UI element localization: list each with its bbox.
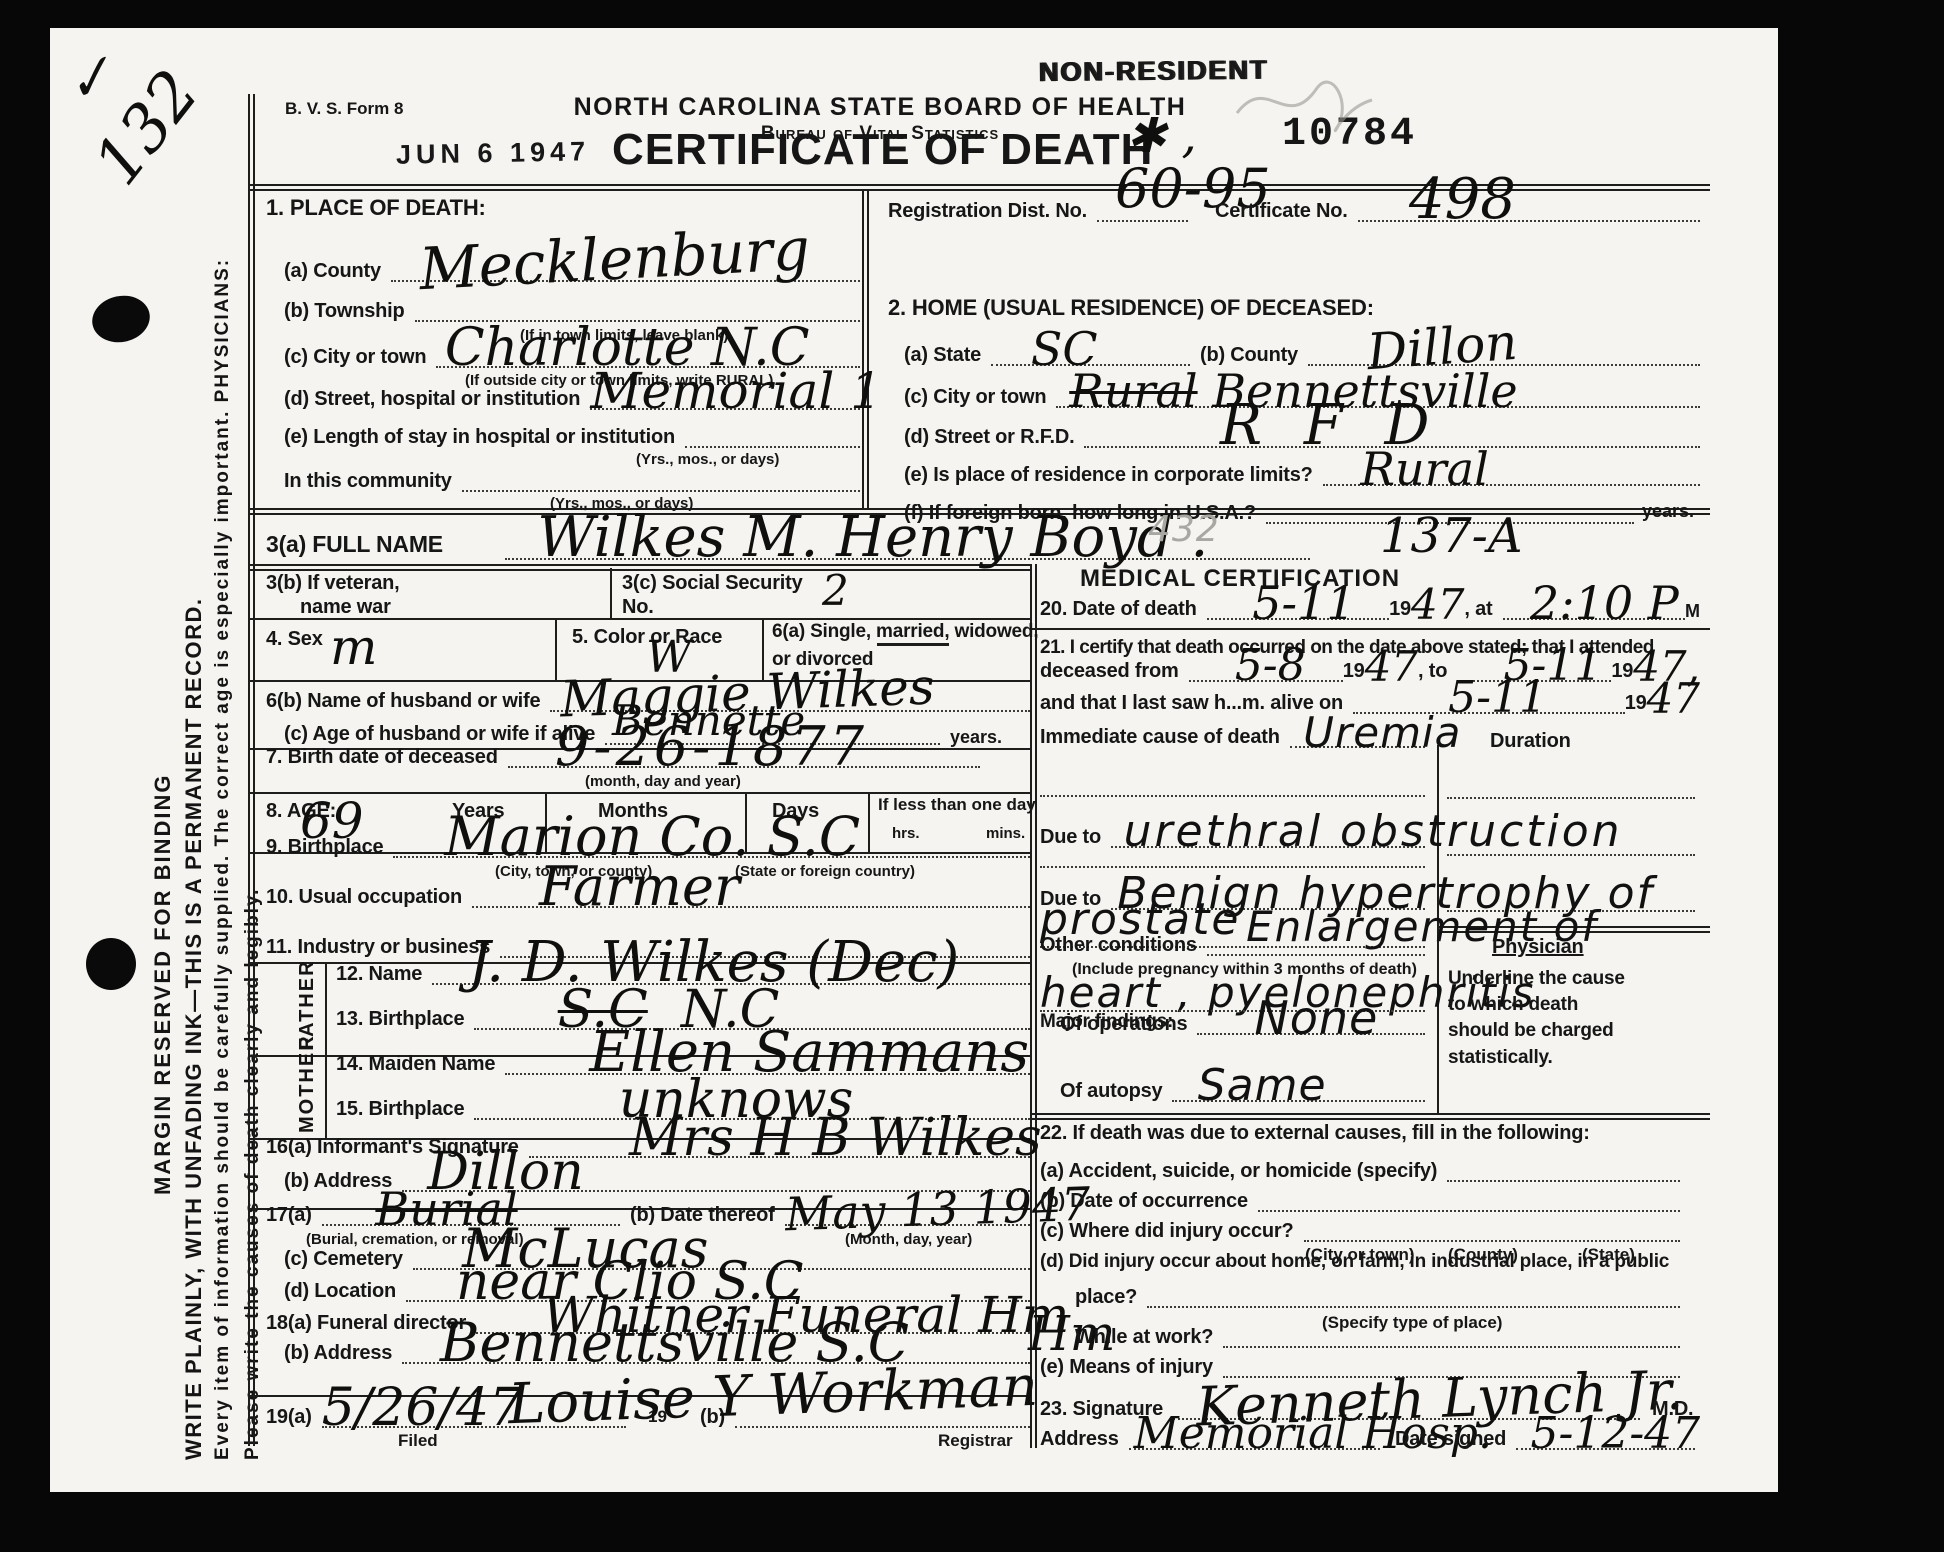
immediate-cause-line: Uremia bbox=[1290, 742, 1425, 748]
scanned-death-certificate: { "stamps": { "non_resident": "NON-RESID… bbox=[0, 0, 1944, 1552]
filing-caption: Filed bbox=[398, 1432, 438, 1449]
full-name-value: Wilkes M. Henry Boyd . bbox=[537, 510, 1208, 566]
death-date-value: 5-11 bbox=[1252, 580, 1355, 626]
certificate-no-line: 498 bbox=[1358, 216, 1700, 222]
ssn-label2: No. bbox=[622, 596, 654, 618]
birth-date-value: 9-26-1877 bbox=[555, 720, 868, 774]
to-year-prefix: 19 bbox=[1611, 660, 1633, 682]
form-number: B. V. S. Form 8 bbox=[285, 100, 403, 119]
father-birthplace-label: 13. Birthplace bbox=[336, 1008, 464, 1030]
saw-year-value: 47 bbox=[1647, 678, 1700, 720]
saw-year-prefix: 19 bbox=[1625, 692, 1647, 714]
external-d-label: (d) Did injury occur about home, on farm… bbox=[1040, 1252, 1669, 1273]
external-d-label2: place? bbox=[1075, 1286, 1137, 1308]
registrar-caption: Registrar bbox=[938, 1432, 1013, 1449]
autopsy-label: Of autopsy bbox=[1060, 1080, 1162, 1102]
external-e-label: (e) Means of injury bbox=[1040, 1356, 1213, 1378]
hole-punch-bottom bbox=[86, 938, 136, 990]
community-line bbox=[462, 486, 860, 492]
last-saw-label: and that I last saw h...m. alive on bbox=[1040, 692, 1343, 714]
external-heading: 22. If death was due to external causes,… bbox=[1040, 1122, 1590, 1144]
attended-from-value: 5-8 bbox=[1235, 644, 1306, 688]
home-corporate-line: Rural bbox=[1323, 480, 1700, 486]
home-foreign-suffix: years. bbox=[1642, 502, 1694, 520]
occupation-line: Farmer bbox=[472, 902, 1030, 908]
date-signed-line: 5-12-47 bbox=[1516, 1444, 1695, 1450]
marital-label1: 6(a) Single, married, widowed, bbox=[772, 622, 1038, 643]
other-conditions-line: Enlargement of bbox=[1207, 950, 1425, 956]
death-at-label: , at bbox=[1464, 598, 1492, 620]
certifier-address-label: Address bbox=[1040, 1428, 1119, 1450]
margin-note-information: Every item of information should be care… bbox=[212, 258, 234, 1460]
external-c-line bbox=[1304, 1236, 1680, 1242]
ssn-label: 3(c) Social Security bbox=[622, 572, 803, 594]
divider-top-columns bbox=[862, 190, 869, 510]
due-to1-line: urethral obstruction bbox=[1111, 842, 1425, 848]
mother-name-label: 14. Maiden Name bbox=[336, 1053, 495, 1075]
stay-label: (e) Length of stay in hospital or instit… bbox=[284, 426, 675, 448]
full-name-label: 3(a) FULL NAME bbox=[266, 532, 443, 557]
informant-signature-value: Mrs H B Wilkes bbox=[629, 1112, 1042, 1164]
death-time-line: 2:10 P bbox=[1503, 614, 1685, 620]
married-underline bbox=[877, 643, 949, 646]
veteran-label2: name war bbox=[300, 596, 391, 618]
ssn-scribble: 2 bbox=[822, 570, 849, 612]
operations-label: Of operations bbox=[1060, 1013, 1187, 1035]
birthplace-caption2: (State or foreign country) bbox=[735, 864, 915, 879]
external-c-label: (c) Where did injury occur? bbox=[1040, 1220, 1294, 1242]
home-state-label: (a) State bbox=[904, 344, 981, 366]
home-city-label: (c) City or town bbox=[904, 386, 1046, 408]
street-value: Memorial 1 bbox=[590, 366, 882, 416]
file-number-value: 137-A bbox=[1380, 512, 1523, 560]
cemetery-location-label: (d) Location bbox=[284, 1280, 396, 1302]
margin-note-binding: MARGIN RESERVED FOR BINDING bbox=[150, 773, 176, 1195]
board-title: NORTH CAROLINA STATE BOARD OF HEALTH bbox=[560, 94, 1200, 122]
home-county-label: (b) County bbox=[1200, 344, 1298, 366]
township-label: (b) Township bbox=[284, 300, 405, 322]
death-year-prefix: 19 bbox=[1389, 598, 1411, 620]
attended-from-label: deceased from bbox=[1040, 660, 1179, 682]
city-label: (c) City or town bbox=[284, 346, 426, 368]
county-label: (a) County bbox=[284, 260, 381, 282]
rule-above-external bbox=[1032, 1113, 1710, 1120]
physician-title: Physician bbox=[1492, 936, 1584, 958]
pencil-number: 432 bbox=[1148, 512, 1220, 548]
home-city-struck: Rural bbox=[1069, 364, 1197, 418]
home-heading: 2. HOME (USUAL RESIDENCE) OF DECEASED: bbox=[888, 296, 1374, 320]
sex-value: m bbox=[330, 622, 377, 672]
certificate-title: CERTIFICATE OF DEATH bbox=[612, 126, 1153, 174]
veteran-label: 3(b) If veteran, bbox=[266, 572, 400, 594]
funeral-address-label: (b) Address bbox=[284, 1342, 392, 1364]
informant-signature-line: Mrs H B Wilkes bbox=[529, 1152, 1030, 1158]
immediate-cause-value: Uremia bbox=[1303, 712, 1461, 754]
immediate-cause-label: Immediate cause of death bbox=[1040, 726, 1280, 748]
last-saw-value: 5-11 bbox=[1448, 676, 1547, 720]
father-name-label: 12. Name bbox=[336, 963, 422, 985]
birth-date-line: 9-26-1877 bbox=[508, 762, 980, 768]
cemetery-label: (c) Cemetery bbox=[284, 1248, 403, 1270]
occupation-value: Farmer bbox=[539, 860, 740, 914]
duration-label: Duration bbox=[1490, 730, 1571, 752]
occupation-label: 10. Usual occupation bbox=[266, 886, 462, 908]
mother-birthplace-label: 15. Birthplace bbox=[336, 1098, 464, 1120]
street-label: (d) Street, hospital or institution bbox=[284, 388, 580, 410]
full-name-line: Wilkes M. Henry Boyd . bbox=[505, 554, 1310, 560]
home-corporate-value: Rural bbox=[1360, 446, 1488, 492]
form-left-border bbox=[248, 94, 255, 1446]
attended-to-label: , to bbox=[1418, 660, 1447, 682]
street-line: Memorial 1 bbox=[590, 404, 860, 410]
filing-date-value: 5/26/47 bbox=[322, 1382, 522, 1434]
date-signed-label: Date signed bbox=[1395, 1428, 1506, 1450]
autopsy-line: Same bbox=[1172, 1096, 1425, 1102]
disposal-label: 17(a) bbox=[266, 1204, 312, 1226]
external-work-label: While at work? bbox=[1075, 1326, 1213, 1348]
age-less-label: If less than one day bbox=[878, 796, 1036, 815]
death-year-value: 47 bbox=[1411, 584, 1464, 626]
attended-from-line: 5-8 bbox=[1189, 676, 1343, 682]
mother-section-label: MOTHER bbox=[296, 1034, 319, 1133]
place-of-death-heading: 1. PLACE OF DEATH: bbox=[266, 196, 486, 220]
stay-line bbox=[685, 442, 860, 448]
received-date-stamp: JUN 6 1947 bbox=[396, 136, 591, 170]
from-year-value: 47 bbox=[1365, 646, 1418, 688]
autopsy-value: Same bbox=[1198, 1064, 1327, 1108]
death-m-label: M bbox=[1685, 602, 1700, 620]
disposal-date-line: May 13 1947 bbox=[785, 1220, 1030, 1226]
date-signed-value: 5-12-47 bbox=[1530, 1412, 1700, 1456]
medical-heading: MEDICAL CERTIFICATION bbox=[1040, 566, 1440, 592]
birthplace-label: 9. Birthplace bbox=[266, 836, 383, 858]
operations-value: None bbox=[1254, 995, 1378, 1041]
star-mark: ✱ , bbox=[1126, 112, 1197, 160]
other-conditions-label: Other conditions bbox=[1040, 934, 1197, 956]
external-a-label: (a) Accident, suicide, or homicide (spec… bbox=[1040, 1160, 1437, 1182]
county-line: Mecklenburg bbox=[391, 276, 860, 282]
physician-note: Underline the cause to which death shoul… bbox=[1448, 966, 1628, 1071]
spouse-label: 6(b) Name of husband or wife bbox=[266, 690, 540, 712]
death-time-value: 2:10 P bbox=[1530, 580, 1679, 626]
home-corporate-label: (e) Is place of residence in corporate l… bbox=[904, 464, 1313, 486]
funeral-director-label: 18(a) Funeral director bbox=[266, 1312, 466, 1334]
due-to1-label: Due to bbox=[1040, 826, 1101, 848]
operations-line: None bbox=[1197, 1029, 1425, 1035]
home-rfd-label: (d) Street or R.F.D. bbox=[904, 426, 1074, 448]
community-label: In this community bbox=[284, 470, 452, 492]
death-date-line: 5-11 bbox=[1207, 614, 1389, 620]
pencil-scribble bbox=[1232, 58, 1382, 148]
death-date-label: 20. Date of death bbox=[1040, 598, 1197, 620]
external-d-line bbox=[1147, 1302, 1680, 1308]
birth-date-label: 7. Birth date of deceased bbox=[266, 746, 498, 768]
certifier-address-line: Memorial Hosp. bbox=[1129, 1444, 1380, 1450]
registration-dist-label: Registration Dist. No. bbox=[888, 200, 1087, 222]
from-year-prefix: 19 bbox=[1343, 660, 1365, 682]
certificate-no-value: 498 bbox=[1409, 172, 1516, 228]
sex-label: 4. Sex bbox=[266, 628, 323, 650]
margin-note-permanent-record: WRITE PLAINLY, WITH UNFADING INK—THIS IS… bbox=[181, 598, 207, 1460]
certificate-no-label: Certificate No. bbox=[1215, 200, 1348, 222]
due-to1-value: urethral obstruction bbox=[1124, 810, 1623, 854]
birth-date-caption: (month, day and year) bbox=[585, 774, 741, 789]
filing-label: 19(a) bbox=[266, 1406, 312, 1428]
external-b-label: (b) Date of occurrence bbox=[1040, 1190, 1248, 1212]
